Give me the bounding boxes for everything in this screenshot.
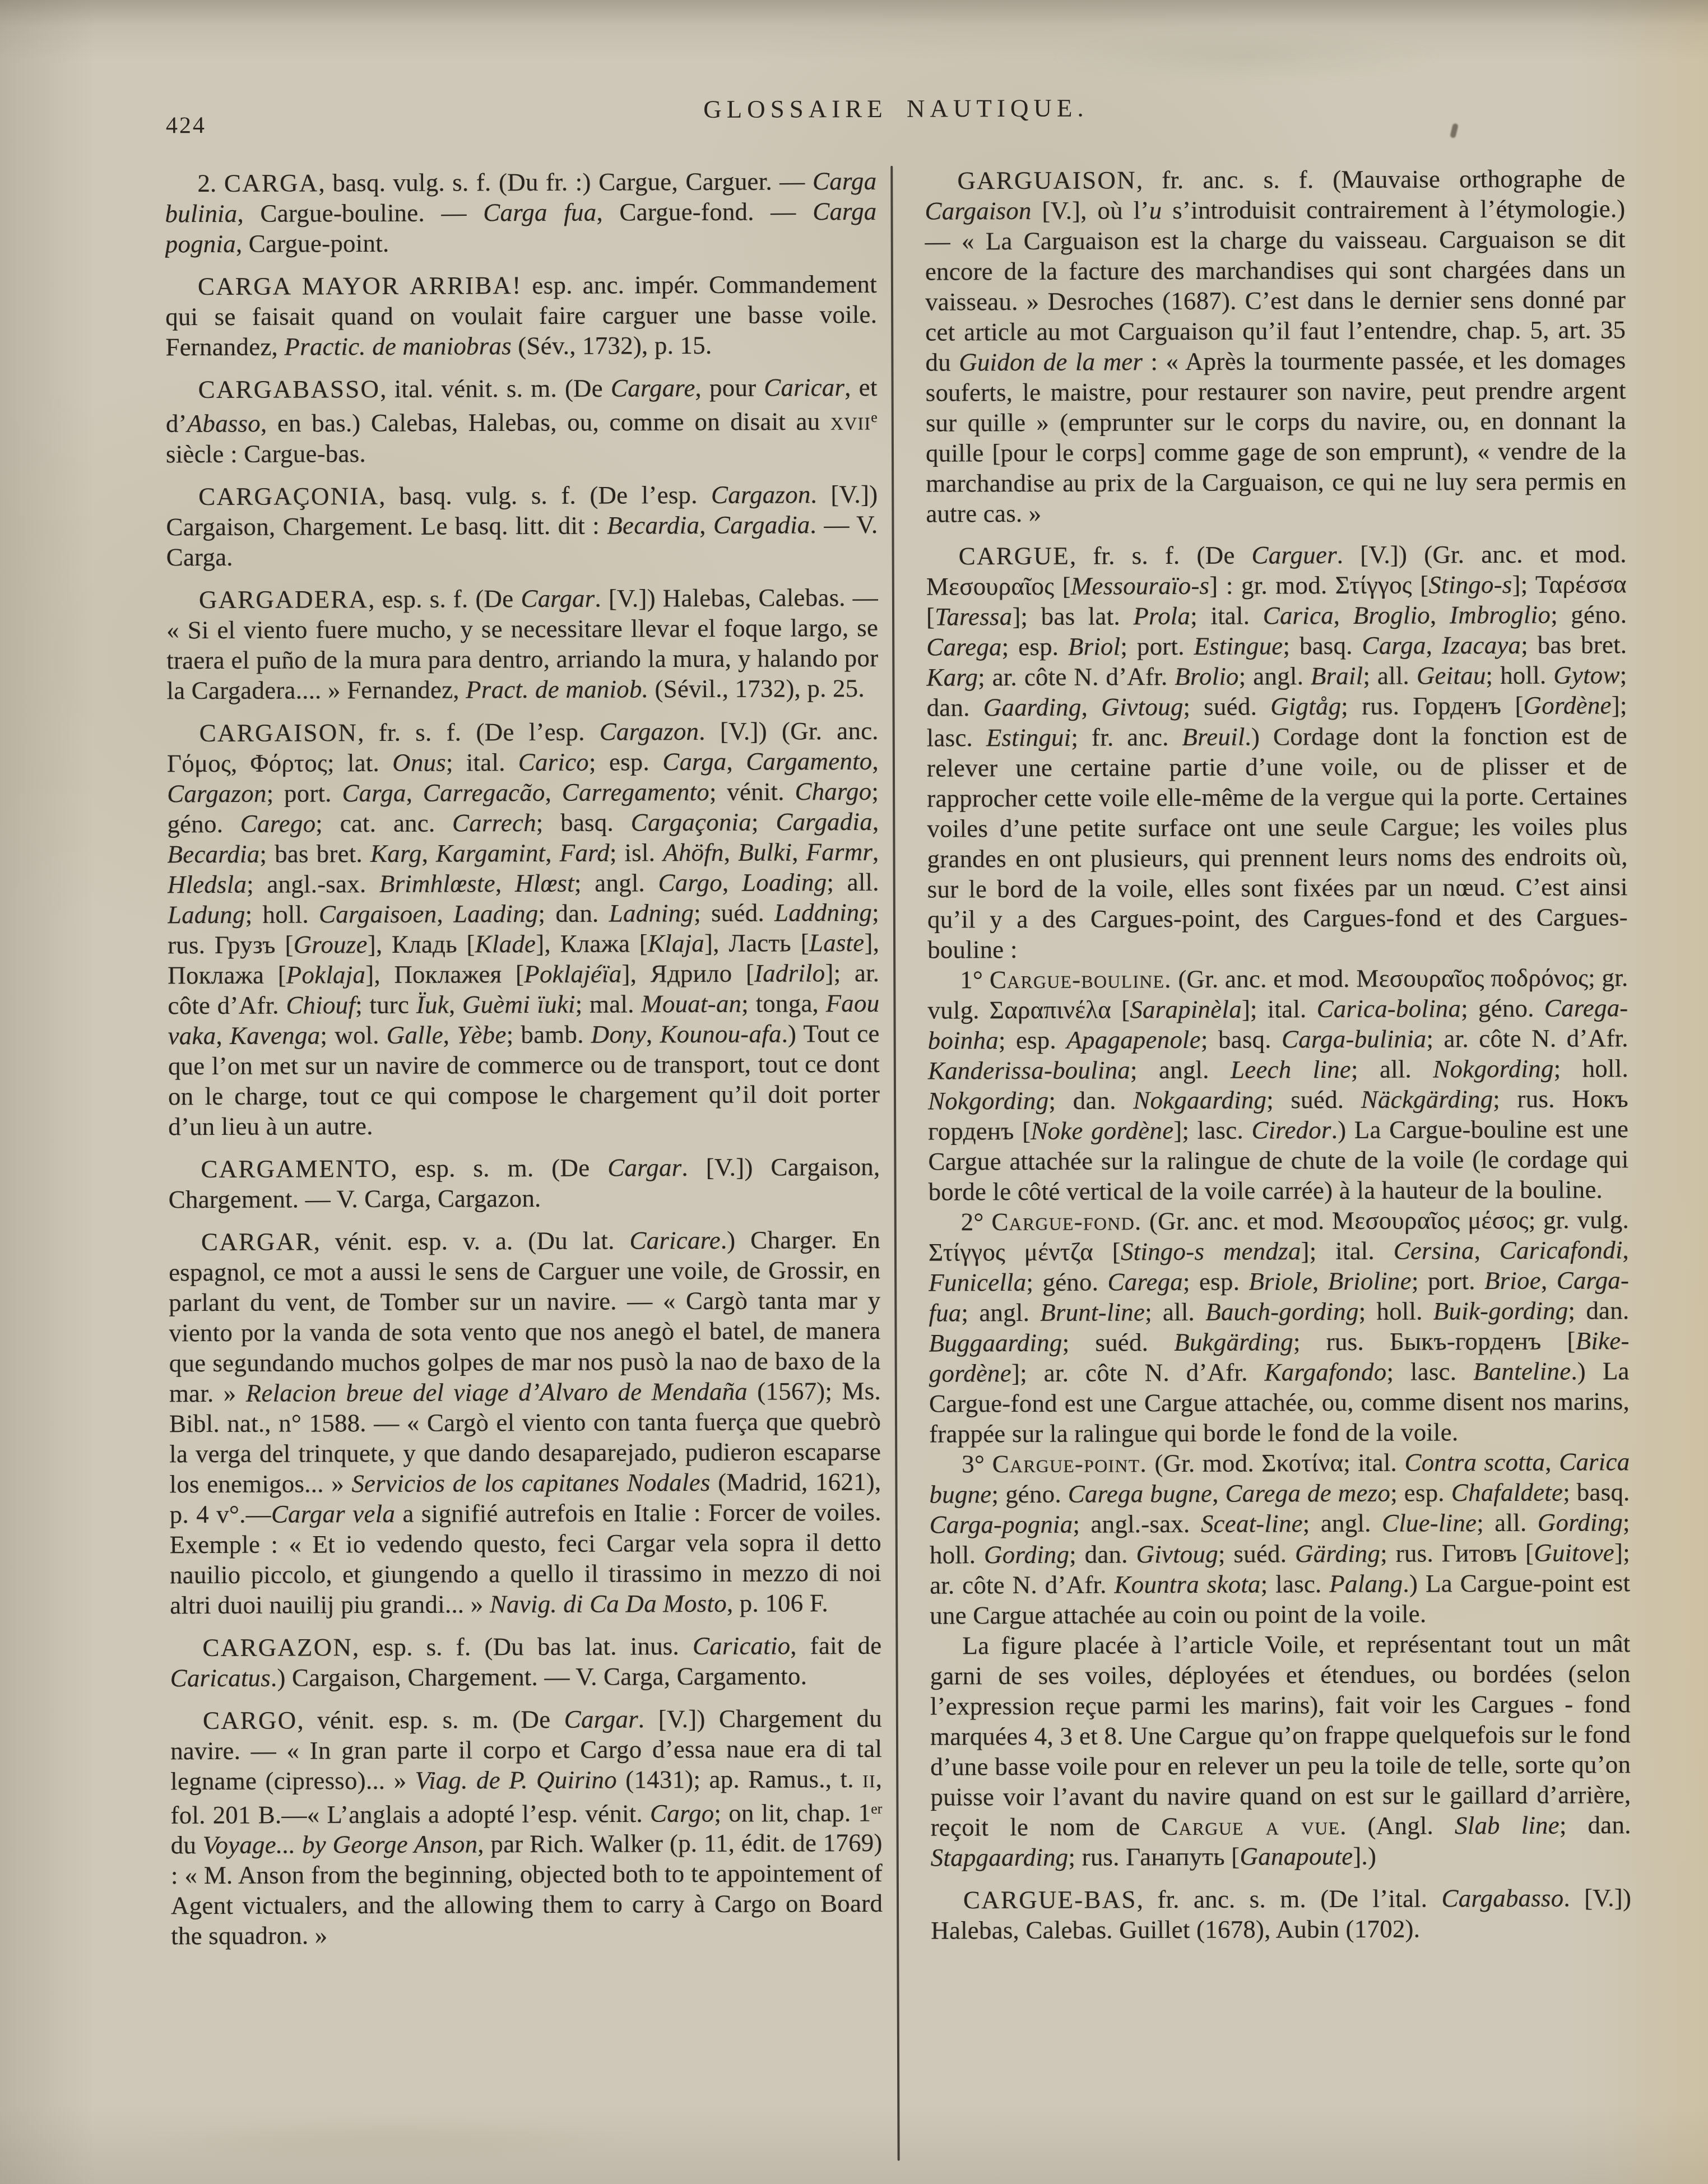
- text-run: ;: [751, 808, 776, 836]
- text-run: Bukgärding: [1174, 1328, 1293, 1356]
- text-run: 3°: [962, 1450, 992, 1478]
- text-run: , fait de: [790, 1631, 881, 1659]
- text-run: ; ar. côte N. d’Afr.: [978, 662, 1175, 691]
- text-run: ,: [1426, 631, 1442, 659]
- text-run: ]; lasc.: [1173, 1116, 1251, 1144]
- headword: GARGADERA: [199, 585, 368, 614]
- text-run: Brunt-line: [1040, 1298, 1145, 1327]
- text-run: ; lasc.: [1261, 1570, 1330, 1598]
- text-run: Cargue-fond.: [991, 1207, 1141, 1236]
- text-run: Carregamento: [562, 777, 709, 806]
- entry-gargadera: GARGADERA, esp. s. f. (De Cargar. [V.]) …: [166, 582, 879, 705]
- text-run: ; vénit.: [709, 777, 795, 806]
- text-run: ; ital.: [1190, 601, 1263, 629]
- text-run: ,: [724, 838, 739, 866]
- text-run: ,: [545, 778, 562, 806]
- text-run: ,: [1541, 1267, 1557, 1295]
- text-run: , ital. vénit. s. m. (De: [380, 374, 611, 403]
- text-run: , basq. vulg. s. f. (De l’esp.: [379, 480, 711, 509]
- text-run: Carrech: [452, 809, 536, 837]
- text-run: ; holl.: [1486, 661, 1553, 689]
- text-run: Cargaçonia: [631, 808, 752, 836]
- entry-cargue-bas: CARGUE-BAS, fr. anc. s. m. (De l’ital. C…: [931, 1882, 1631, 1945]
- text-run: ; holl.: [1358, 1297, 1433, 1325]
- text-run: Cargue-bouline.: [990, 965, 1172, 994]
- text-run: ; esp.: [1390, 1478, 1451, 1506]
- text-run: Cargabasso: [1441, 1884, 1563, 1913]
- entry-cargue-point: 3° Cargue-point. (Gr. mod. Σκοτίνα; ital…: [929, 1446, 1630, 1630]
- text-run: ,: [422, 839, 437, 867]
- text-run: Laste: [809, 928, 865, 956]
- text-run: (Sévil., 1732), p. 25.: [648, 674, 865, 702]
- text-run: ; basq.: [1283, 632, 1362, 660]
- text-run: ,: [406, 778, 423, 806]
- text-run: ,: [1082, 693, 1102, 721]
- text-run: ; port.: [267, 779, 342, 807]
- text-run: Buggaarding: [929, 1329, 1062, 1357]
- text-run: Relacion breue del viage d’Alvaro de Men…: [246, 1377, 748, 1407]
- text-run: , en bas.) Calebas, Halebas, ou, comme o…: [261, 407, 830, 438]
- text-run: Caricatio: [693, 1631, 790, 1660]
- text-run: u: [1149, 196, 1162, 224]
- text-run: ]; bas lat.: [1012, 602, 1133, 630]
- text-run: Klaja: [648, 929, 704, 957]
- text-run: ; angl.-sax.: [1073, 1510, 1201, 1538]
- text-run: ,: [872, 837, 879, 865]
- text-run: Carega bugne: [1068, 1480, 1213, 1508]
- text-run: ; cat. anc.: [315, 809, 452, 837]
- headword: CARGA MAYOR ARRIBA!: [198, 271, 522, 300]
- text-run: , vénit. esp. s. m. (De: [297, 1705, 564, 1734]
- text-run: ; bamb.: [507, 1020, 591, 1049]
- text-run: Cersina: [1394, 1236, 1474, 1265]
- text-run: , p. 106 F.: [727, 1589, 828, 1617]
- text-run: Kavenga: [230, 1021, 321, 1050]
- text-run: ; holl.: [245, 900, 319, 928]
- text-run: Carga-bulinia: [1282, 1024, 1427, 1053]
- left-column: 2. CARGA, basq. vulg. s. f. (Du fr. :) C…: [165, 166, 883, 2163]
- text-run: ,: [1312, 1267, 1328, 1295]
- text-run: ; isl.: [610, 838, 663, 866]
- text-run: ; ar. côte N. d’Afr.: [1426, 1024, 1628, 1052]
- text-run: Carega de mezo: [1225, 1479, 1390, 1508]
- text-run: Ladung: [168, 900, 245, 928]
- text-run: ,: [449, 990, 462, 1018]
- text-run: Carica: [1263, 601, 1334, 629]
- text-run: Laddning: [774, 898, 872, 926]
- text-run: Gaarding: [983, 693, 1082, 722]
- text-run: ; suéd.: [1183, 692, 1270, 721]
- text-run: Kounou-afa: [660, 1019, 782, 1048]
- headword: CARGAISON: [199, 718, 358, 747]
- page-number: 424: [166, 112, 206, 139]
- text-run: Poklajéïa: [524, 959, 621, 988]
- text-run: Carega: [926, 633, 1002, 661]
- text-run: , basq. vulg. s. f. (Du fr. :) Cargue, C…: [318, 167, 813, 197]
- text-run: ; rus. Горденъ [: [1341, 692, 1523, 720]
- text-run: ; all.: [1351, 1055, 1433, 1083]
- text-run: (Gr. mod. Σκοτίνα; ital.: [1147, 1449, 1405, 1478]
- text-run: ,: [545, 838, 560, 866]
- running-head: 424 GLOSSAIRE NAUTIQUE.: [165, 91, 1627, 136]
- text-run: (Sév., 1732), p. 15.: [512, 331, 712, 360]
- text-run: ; dan.: [1069, 1540, 1136, 1568]
- headword: CARGAÇONIA: [198, 482, 379, 511]
- text-run: ; géno.: [1026, 1268, 1107, 1296]
- page-title: GLOSSAIRE NAUTIQUE.: [165, 91, 1627, 126]
- headword: CARGABASSO: [198, 375, 380, 404]
- entry-cargaconia: CARGAÇONIA, basq. vulg. s. f. (De l’esp.…: [166, 479, 878, 572]
- text-run: Carguer: [1251, 541, 1336, 569]
- text-run: Taressa: [935, 602, 1012, 630]
- text-run: Abasso: [187, 409, 261, 437]
- text-run: Pract. de maniob.: [466, 675, 648, 703]
- text-run: Guitove: [1534, 1538, 1614, 1567]
- text-run: Chargo: [795, 777, 871, 805]
- text-run: , esp. s. f. (Du bas lat. inus.: [352, 1632, 693, 1661]
- text-run: Loading: [742, 868, 827, 897]
- text-run: .) Cargaison, Chargement. — V. Carga, Ca…: [271, 1662, 807, 1691]
- text-run: Klade: [475, 930, 536, 958]
- text-run: , esp. s. f. (De: [368, 585, 521, 613]
- text-run: Cargo: [658, 868, 722, 896]
- text-run: siècle : Cargue-bas.: [166, 439, 366, 468]
- text-run: Cargaison: [925, 197, 1031, 225]
- text-run: Prola: [1133, 602, 1190, 630]
- text-run: Brolio: [1175, 662, 1239, 690]
- entry-carga: 2. CARGA, basq. vulg. s. f. (Du fr. :) C…: [165, 166, 877, 259]
- text-run: ,: [722, 868, 742, 896]
- text-run: Palang: [1329, 1570, 1403, 1598]
- text-run: Guèmi ïuki: [462, 990, 575, 1018]
- text-run: 2.: [197, 169, 224, 197]
- paragraph-figure-voile: La figure placée à l’article Voile, et r…: [930, 1628, 1631, 1872]
- bleed-through-smudge: [1050, 31, 1442, 83]
- text-run: ; suéd.: [1218, 1540, 1295, 1568]
- text-run: Farmr: [806, 837, 872, 865]
- headword: CARGUE-BAS: [963, 1885, 1137, 1914]
- text-run: ; rus. Быкъ-горденъ [: [1293, 1327, 1576, 1356]
- text-run: Briole: [1248, 1267, 1312, 1295]
- text-run: ; all.: [827, 868, 879, 896]
- text-run: ; dan.: [1048, 1086, 1133, 1115]
- text-run: ; esp.: [1183, 1268, 1249, 1296]
- text-run: ; géno.: [991, 1480, 1067, 1508]
- text-run: ; angl.: [1239, 662, 1311, 690]
- text-run: ], Клажа [: [536, 929, 648, 958]
- text-run: ; fr. anc.: [1071, 723, 1182, 752]
- text-run: , pour: [695, 374, 764, 402]
- text-run: ], Ядрило [: [621, 959, 754, 987]
- text-run: Caricar: [764, 373, 844, 402]
- text-run: Cargamento: [746, 746, 872, 775]
- text-run: Bulki: [738, 838, 792, 866]
- text-run: Becardia: [607, 511, 699, 540]
- text-run: Kanderissa-boulina: [928, 1056, 1130, 1084]
- text-run: Estingui: [986, 724, 1071, 752]
- text-run: Nokgording: [928, 1087, 1049, 1115]
- headword: CARGAMENTO: [201, 1154, 391, 1183]
- text-run: ; lasc.: [1386, 1357, 1473, 1386]
- entry-cargabasso: CARGABASSO, ital. vénit. s. m. (De Carga…: [166, 372, 878, 469]
- text-run: Noke gordène: [1031, 1116, 1173, 1145]
- text-run: ].): [1353, 1842, 1376, 1870]
- text-run: ; suéd.: [694, 898, 774, 927]
- text-run: Bauch-gording: [1205, 1297, 1359, 1326]
- text-run: ; wol.: [320, 1021, 387, 1049]
- text-run: Carga-pognia: [930, 1510, 1073, 1539]
- text-run: er: [871, 1800, 882, 1816]
- text-run: (1431); ap. Ramus., t.: [617, 1765, 862, 1794]
- text-run: Gigtåg: [1270, 692, 1341, 720]
- text-run: Practic. de maniobras: [284, 332, 512, 360]
- text-run: ; rus. Ганапуть [: [1068, 1843, 1240, 1871]
- text-run: Nokgording: [1433, 1055, 1554, 1083]
- headword: CARGO: [203, 1706, 298, 1735]
- text-run: Broglio: [1353, 601, 1430, 629]
- text-run: Cargue-point.: [992, 1449, 1147, 1478]
- text-run: Brimhlœste: [379, 869, 495, 898]
- text-run: ; géno.: [1461, 994, 1544, 1023]
- text-run: Gording: [1538, 1508, 1623, 1537]
- text-run: Gordène: [1523, 691, 1611, 720]
- text-run: Gytow: [1553, 661, 1620, 689]
- text-run: Geitau: [1417, 661, 1486, 689]
- text-run: Carga: [1362, 631, 1426, 659]
- text-run: ,: [216, 1021, 230, 1049]
- text-run: Iadrilo: [754, 959, 825, 987]
- text-run: ]; ital.: [1242, 995, 1317, 1023]
- text-run: ; mal.: [575, 990, 642, 1018]
- text-run: Kargamint: [436, 838, 545, 867]
- headword: CARGUE: [959, 542, 1070, 571]
- text-run: Cargazon: [167, 779, 267, 808]
- text-run: ,: [792, 838, 806, 866]
- text-run: Banteline: [1473, 1357, 1571, 1386]
- text-run: Givtoug: [1101, 693, 1183, 721]
- text-run: ,: [872, 807, 879, 835]
- text-run: ], Ласть [: [704, 929, 809, 957]
- text-run: Gording: [984, 1541, 1069, 1569]
- text-run: ; suéd.: [1266, 1086, 1361, 1114]
- text-run: ; basq.: [1201, 1025, 1282, 1054]
- text-run: ; suéd.: [1062, 1328, 1175, 1357]
- text-run: Cargazon: [600, 717, 699, 746]
- text-run: ]; ar. côte N. d’Afr.: [1011, 1358, 1265, 1387]
- text-run: ,: [437, 899, 453, 928]
- text-run: ] : gr. mod. Στίγγος [: [1209, 571, 1428, 599]
- text-run: Servicios de los capitanes Nodales: [351, 1468, 710, 1497]
- text-run: ,: [1474, 1236, 1500, 1264]
- right-column: GARGUAISON, fr. anc. s. f. (Mauvaise ort…: [925, 163, 1632, 2160]
- text-run: ], Кладь [: [368, 930, 475, 958]
- text-run: ; dan.: [1560, 1811, 1631, 1839]
- headword: CARGA: [224, 169, 319, 197]
- text-run: ; angl.: [574, 869, 658, 897]
- text-run: Izacaya: [1442, 631, 1521, 659]
- text-run: Onus: [392, 748, 446, 776]
- text-run: ; turc: [355, 990, 416, 1018]
- text-run: , fr. s. f. (De: [1070, 541, 1252, 570]
- text-run: ; angl.: [1130, 1056, 1231, 1084]
- text-run: Stingo-s mendza: [1121, 1237, 1301, 1265]
- text-run: ; basq.: [1563, 1478, 1630, 1506]
- text-run: Carega: [1107, 1268, 1183, 1296]
- text-run: ; bas bret.: [259, 840, 370, 868]
- scanned-page: 424 GLOSSAIRE NAUTIQUE. 2. CARGA, basq. …: [0, 0, 1708, 2184]
- text-run: du: [171, 1831, 203, 1859]
- text-run: e: [871, 409, 878, 425]
- text-run: ]; ital.: [1301, 1237, 1393, 1265]
- text-run: Brail: [1311, 662, 1363, 690]
- text-run: Funicella: [929, 1268, 1026, 1297]
- text-run: Sceat-line: [1201, 1509, 1303, 1538]
- text-columns: 2. CARGA, basq. vulg. s. f. (Du fr. :) C…: [165, 163, 1634, 2163]
- text-run: ; ital.: [446, 748, 518, 776]
- text-run: Ahöfn: [663, 838, 724, 866]
- text-run: Clue-line: [1382, 1509, 1477, 1537]
- text-run: Cargar vela: [271, 1499, 395, 1528]
- text-run: ; angl.: [961, 1299, 1040, 1327]
- entry-cargar: CARGAR, vénit. esp. v. a. (Du lat. Caric…: [169, 1224, 881, 1620]
- entry-garguaison: GARGUAISON, fr. anc. s. f. (Mauvaise ort…: [925, 163, 1626, 528]
- entry-cargaison: CARGAISON, fr. s. f. (De l’esp. Cargazon…: [167, 715, 880, 1141]
- text-run: Ïuk: [416, 990, 449, 1018]
- text-run: Karg: [926, 663, 978, 691]
- text-run: ,: [726, 747, 746, 775]
- text-run: Ciredor: [1251, 1116, 1331, 1144]
- text-run: ; esp.: [1002, 633, 1068, 661]
- text-run: Mouat-an: [641, 989, 741, 1018]
- text-run: ; port.: [1120, 632, 1194, 660]
- text-run: Cargazon: [711, 480, 811, 509]
- text-run: ,: [699, 511, 713, 539]
- text-run: Ladning: [609, 899, 694, 928]
- text-run: ; bas bret.: [1521, 630, 1627, 659]
- text-run: Imbroglio: [1450, 601, 1551, 629]
- text-run: Galle: [387, 1021, 443, 1049]
- text-run: [V.], où l’: [1032, 196, 1149, 225]
- entry-cargo: CARGO, vénit. esp. s. m. (De Cargar. [V.…: [170, 1703, 883, 1951]
- text-run: Kountra skota: [1114, 1570, 1260, 1598]
- text-run: , Cargue-fond. —: [596, 197, 813, 226]
- text-run: Estingue: [1194, 632, 1283, 660]
- text-run: Briol: [1068, 632, 1121, 660]
- text-run: Stapgaarding: [931, 1843, 1069, 1872]
- text-run: Navig. di Ca Da Mosto: [490, 1589, 727, 1617]
- text-run: Cargue a vue: [1161, 1812, 1340, 1840]
- text-run: Cargo: [650, 1799, 714, 1827]
- column-divider-rule: [890, 166, 899, 2161]
- text-run: ; esp.: [589, 748, 662, 776]
- text-run: Karg: [370, 839, 422, 867]
- entry-cargue: CARGUE, fr. s. f. (De Carguer. [V.]) (Gr…: [926, 539, 1628, 965]
- entry-cargue-bouline: 1° Cargue-bouline. (Gr. anc. et mod. Μεσ…: [927, 962, 1629, 1207]
- text-run: ; holl.: [1554, 1054, 1628, 1082]
- text-run: ,: [1334, 601, 1353, 629]
- text-run: Contra scotta: [1404, 1448, 1545, 1477]
- text-run: Leech line: [1231, 1055, 1351, 1084]
- headword: GARGUAISON: [957, 166, 1136, 194]
- text-run: 2°: [961, 1208, 992, 1236]
- text-run: Ganapoute: [1240, 1842, 1353, 1871]
- text-run: .) Cordage dont la fonction est de relev…: [927, 721, 1628, 963]
- text-run: ,: [443, 1021, 457, 1049]
- text-run: Cargadia: [776, 807, 872, 836]
- entry-cargue-fond: 2° Cargue-fond. (Gr. anc. et mod. Μεσουρ…: [929, 1204, 1630, 1449]
- text-run: ,: [872, 746, 879, 775]
- text-run: ,: [1622, 1236, 1629, 1264]
- text-run: Buik-gording: [1433, 1297, 1568, 1325]
- entry-cargazon: CARGAZON, esp. s. f. (Du bas lat. inus. …: [170, 1630, 881, 1693]
- text-run: , vénit. esp. v. a. (Du lat.: [314, 1226, 630, 1255]
- text-run: Hlœst: [515, 869, 574, 897]
- text-run: Yèbe: [457, 1021, 506, 1049]
- text-run: Caricare: [629, 1226, 721, 1254]
- text-run: Grouze: [294, 930, 368, 958]
- text-run: Cargadia: [713, 511, 810, 539]
- text-run: Chafaldete: [1451, 1478, 1563, 1507]
- text-run: ; basq.: [536, 808, 631, 837]
- text-run: ,: [1545, 1448, 1559, 1476]
- text-run: , fr. s. f. (De l’esp.: [358, 717, 600, 746]
- text-run: ; all.: [1477, 1509, 1538, 1537]
- entry-carga-mayor-arriba: CARGA MAYOR ARRIBA! esp. anc. impér. Com…: [165, 269, 878, 362]
- text-run: Gärding: [1295, 1540, 1380, 1568]
- text-run: ; géno.: [1551, 600, 1627, 628]
- text-run: Slab line: [1455, 1811, 1560, 1840]
- text-run: ; esp.: [999, 1026, 1067, 1054]
- text-run: Kargafondo: [1264, 1358, 1386, 1387]
- text-run: Poklaja: [286, 961, 366, 989]
- text-run: ,: [495, 869, 515, 897]
- text-run: Carica-bolina: [1317, 994, 1461, 1023]
- text-run: ,: [646, 1020, 660, 1048]
- text-run: Breuil: [1182, 723, 1245, 751]
- text-run: Nokgaarding: [1133, 1086, 1266, 1114]
- text-run: Brioline: [1328, 1267, 1412, 1296]
- text-run: ,: [1212, 1480, 1226, 1508]
- text-run: 1°: [960, 966, 990, 994]
- text-run: ; dan.: [538, 899, 609, 927]
- headword: CARGAZON: [202, 1633, 352, 1662]
- text-run: Carga fua: [483, 198, 596, 227]
- text-run: ; port.: [1412, 1267, 1484, 1295]
- text-run: Chiouf: [286, 991, 355, 1019]
- text-run: , Cargue-bouline. —: [237, 198, 483, 228]
- text-run: Caricatus: [170, 1663, 271, 1692]
- text-run: . (Angl.: [1340, 1811, 1455, 1840]
- text-run: Carregacão: [423, 778, 545, 806]
- text-run: ; rus. Гитовъ [: [1380, 1539, 1534, 1568]
- text-run: ii: [862, 1764, 876, 1792]
- text-run: Carga: [342, 778, 406, 806]
- text-run: Brioe: [1484, 1267, 1541, 1295]
- headword: CARGAR: [201, 1227, 314, 1256]
- text-run: ; all.: [1145, 1298, 1205, 1326]
- text-run: Becardia: [167, 840, 259, 868]
- text-run: La figure placée à l’article Voile, et r…: [930, 1629, 1631, 1841]
- text-run: Carego: [240, 809, 316, 837]
- text-run: Hledsla: [168, 870, 247, 898]
- text-run: ,: [1430, 601, 1450, 629]
- text-run: ; all.: [1363, 661, 1417, 689]
- text-run: Sarapinèla: [1130, 995, 1242, 1024]
- entry-cargamento: CARGAMENTO, esp. s. m. (De Cargar. [V.])…: [168, 1151, 880, 1214]
- text-run: Cargar: [521, 584, 595, 612]
- text-run: Givtoug: [1136, 1540, 1218, 1569]
- text-run: Apagapenole: [1066, 1026, 1201, 1054]
